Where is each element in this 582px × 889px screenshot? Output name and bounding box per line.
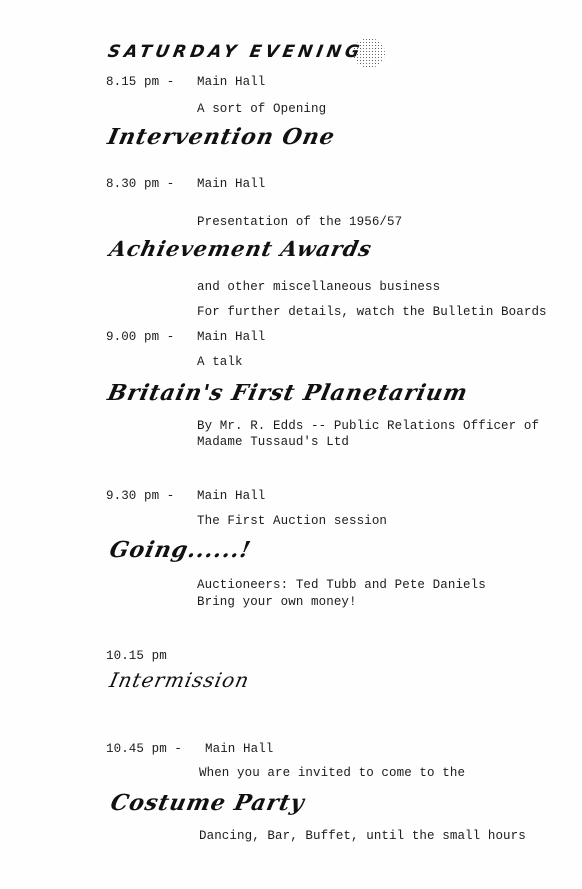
- event-title: Going......!: [107, 537, 253, 563]
- event-venue: Main Hall: [197, 75, 265, 89]
- event-description: Dancing, Bar, Buffet, until the small ho…: [199, 829, 526, 843]
- event-venue: Main Hall: [205, 742, 273, 756]
- event-description: and other miscellaneous business: [197, 280, 440, 294]
- event-venue: Main Hall: [197, 177, 265, 191]
- event-title: Intermission: [107, 668, 252, 692]
- programme-page: SATURDAY EVENING 8.15 pm - Main Hall A s…: [0, 0, 582, 889]
- event-description: A talk: [197, 355, 243, 369]
- event-description: Bring your own money!: [197, 595, 357, 609]
- event-description: Madame Tussaud's Ltd: [197, 435, 349, 449]
- event-time: 8.15 pm -: [106, 75, 174, 89]
- event-title: Costume Party: [108, 790, 307, 816]
- event-venue: Main Hall: [197, 489, 265, 503]
- event-title: Britain's First Planetarium: [105, 380, 470, 406]
- event-time: 8.30 pm -: [106, 177, 174, 191]
- event-venue: Main Hall: [197, 330, 265, 344]
- event-title: Intervention One: [105, 124, 337, 150]
- event-description: Auctioneers: Ted Tubb and Pete Daniels: [197, 578, 486, 592]
- event-description: For further details, watch the Bulletin …: [197, 305, 547, 319]
- event-time: 10.15 pm: [106, 649, 167, 663]
- event-description: The First Auction session: [197, 514, 387, 528]
- event-description: When you are invited to come to the: [199, 766, 465, 780]
- section-heading: SATURDAY EVENING: [106, 42, 364, 62]
- event-time: 10.45 pm -: [106, 742, 182, 756]
- event-description: Presentation of the 1956/57: [197, 215, 402, 229]
- halftone-dot-decoration: [353, 38, 385, 68]
- event-description: By Mr. R. Edds -- Public Relations Offic…: [197, 419, 539, 433]
- event-time: 9.00 pm -: [106, 330, 174, 344]
- event-description: A sort of Opening: [197, 102, 326, 116]
- event-title: Achievement Awards: [107, 236, 374, 261]
- event-time: 9.30 pm -: [106, 489, 174, 503]
